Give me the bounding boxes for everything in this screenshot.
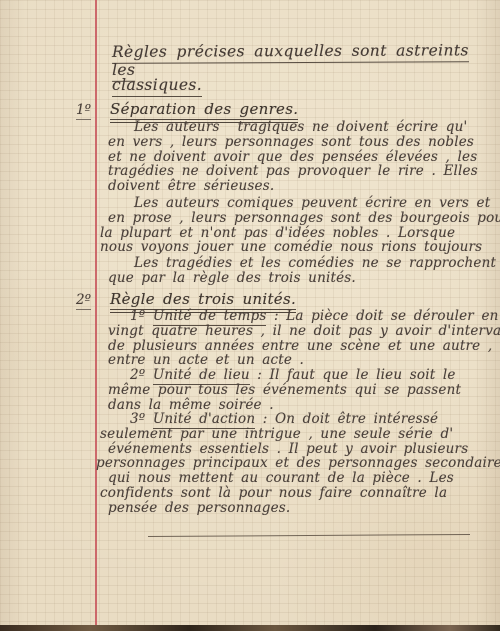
text-line: doivent être sérieuses. bbox=[108, 179, 478, 194]
red-margin-line bbox=[95, 0, 97, 631]
paragraph-rapprochement: Les tragédies et les comédies ne se rapp… bbox=[108, 256, 496, 286]
unit-of-time-paragraph: 1º Unité de temps : La pièce doit se dér… bbox=[108, 309, 500, 368]
page-title-line-1: Règles précises auxquelles sont astreint… bbox=[112, 41, 500, 79]
section-1-heading: Séparation des genres. bbox=[110, 100, 298, 118]
text-line: 3º Unité d'action : On doit être intéres… bbox=[108, 412, 500, 427]
text-run: : La pièce doit se dérouler en bbox=[266, 308, 498, 324]
end-of-lesson-divider-line bbox=[148, 534, 470, 537]
ordinal: 2º bbox=[130, 367, 145, 383]
text-line: la plupart et n'ont pas d'idées nobles .… bbox=[100, 226, 500, 241]
ordinal: 3º bbox=[130, 411, 145, 427]
text-line: entre un acte et un acte . bbox=[108, 353, 500, 368]
text-line: confidents sont là pour nous faire conna… bbox=[100, 486, 500, 501]
text-line: événements essentiels . Il peut y avoir … bbox=[108, 442, 500, 457]
text-line: même pour tous les événements qui se pas… bbox=[108, 383, 461, 398]
text-line: de plusieurs années entre une scène et u… bbox=[108, 339, 500, 354]
text-line: Les auteurs comiques peuvent écrire en v… bbox=[108, 196, 500, 211]
text-line: en vers , leurs personnages sont tous de… bbox=[108, 135, 478, 150]
text-line: 2º Unité de lieu : Il faut que le lieu s… bbox=[108, 368, 461, 383]
title-text-2: classiques. bbox=[112, 76, 202, 97]
text-line: Les auteurstragiques ne doivent écrire q… bbox=[108, 120, 478, 135]
text-run: : On doit être intéressé bbox=[255, 411, 438, 427]
section-2-number: 2º bbox=[76, 292, 91, 310]
page-bottom-photo-edge bbox=[0, 625, 500, 631]
section-1-number: 1º bbox=[76, 102, 91, 120]
notebook-page: Règles précises auxquelles sont astreint… bbox=[0, 0, 500, 631]
text-line: personnages principaux et des personnage… bbox=[96, 456, 500, 471]
unit-of-place-paragraph: 2º Unité de lieu : Il faut que le lieu s… bbox=[108, 368, 461, 412]
unit-of-action-paragraph: 3º Unité d'action : On doit être intéres… bbox=[108, 412, 500, 516]
text-line: 1º Unité de temps : La pièce doit se dér… bbox=[108, 309, 500, 324]
ordinal: 1º bbox=[130, 308, 145, 324]
paragraph-tragedy: Les auteurstragiques ne doivent écrire q… bbox=[108, 120, 478, 194]
text-line: pensée des personnages. bbox=[108, 501, 500, 516]
text-line: nous voyons jouer une comédie nous rions… bbox=[100, 240, 500, 255]
page-title-line-2: classiques. bbox=[112, 76, 202, 94]
text-line: qui nous mettent au courant de la pièce … bbox=[108, 471, 500, 486]
text-run: tragiques ne doivent écrire qu' bbox=[238, 119, 468, 135]
text-line: Les tragédies et les comédies ne se rapp… bbox=[108, 256, 496, 271]
text-line: et ne doivent avoir que des pensées élev… bbox=[108, 150, 478, 165]
text-line: tragédies ne doivent pas provoquer le ri… bbox=[108, 164, 478, 179]
text-line: seulement par une intrigue , une seule s… bbox=[100, 427, 500, 442]
section-2-heading: Règle des trois unités. bbox=[110, 290, 296, 308]
text-line: que par la règle des trois unités. bbox=[108, 271, 496, 286]
text-line: en prose , leurs personnages sont des bo… bbox=[108, 211, 500, 226]
text-line: vingt quatre heures , il ne doit pas y a… bbox=[108, 324, 500, 339]
text-run: Les auteurs bbox=[134, 119, 220, 135]
paragraph-comedy: Les auteurs comiques peuvent écrire en v… bbox=[108, 196, 500, 255]
text-run: : Il faut que le lieu soit le bbox=[250, 367, 456, 383]
